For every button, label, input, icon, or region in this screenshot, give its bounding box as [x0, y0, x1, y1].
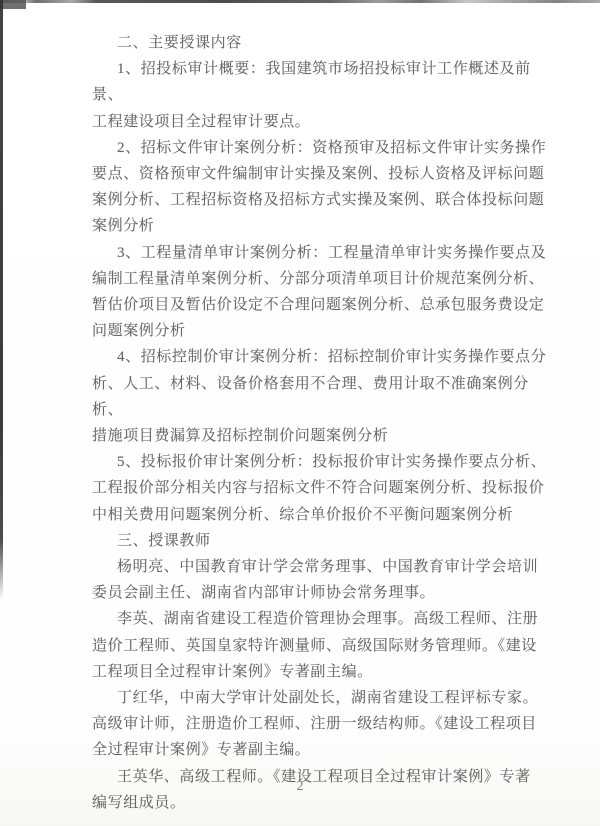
scan-artifact-top-edge: [0, 0, 600, 3]
scan-artifact-left-edge: [0, 0, 3, 600]
paragraph-item-4-bid-control-price-audit-cases: 4、招标控制价审计案例分析：招标控制价审计实务操作要点分 析、人工、材料、设备价…: [92, 344, 554, 449]
paragraph-item-5-bid-quotation-audit-cases: 5、投标报价审计案例分析：投标报价审计实务操作要点分析、 工程报价部分相关内容与…: [92, 449, 554, 528]
section-heading-course-content: 二、主要授课内容: [92, 30, 554, 56]
paragraph-instructor-li-ying: 李英、湖南省建设工程造价管理协会理事。高级工程师、注册 造价工程师、英国皇家特许…: [92, 606, 554, 685]
paragraph-instructor-yang-mingliang: 杨明亮、中国教育审计学会常务理事、中国教育审计学会培训 委员会副主任、湖南省内部…: [92, 554, 554, 606]
paragraph-item-3-boq-audit-cases: 3、工程量清单审计案例分析：工程量清单审计实务操作要点及 编制工程量清单案例分析…: [92, 240, 554, 345]
paragraph-item-1-bidding-audit-overview: 1、招投标审计概要：我国建筑市场招投标审计工作概述及前景、 工程建设项目全过程审…: [92, 56, 554, 135]
paragraph-item-2-bid-document-audit-cases: 2、招标文件审计案例分析：资格预审及招标文件审计实务操作 要点、资格预审文件编制…: [92, 135, 554, 240]
page-number: 2: [0, 779, 600, 795]
section-heading-instructors: 三、授课教师: [92, 528, 554, 554]
document-body: 二、主要授课内容 1、招投标审计概要：我国建筑市场招投标审计工作概述及前景、 工…: [92, 30, 554, 816]
scanned-document-page: 二、主要授课内容 1、招投标审计概要：我国建筑市场招投标审计工作概述及前景、 工…: [0, 0, 600, 826]
paragraph-instructor-ding-honghua: 丁红华，中南大学审计处副处长，湖南省建设工程评标专家。 高级审计师，注册造价工程…: [92, 685, 554, 764]
scan-artifact-corner-blob: [0, 0, 26, 9]
